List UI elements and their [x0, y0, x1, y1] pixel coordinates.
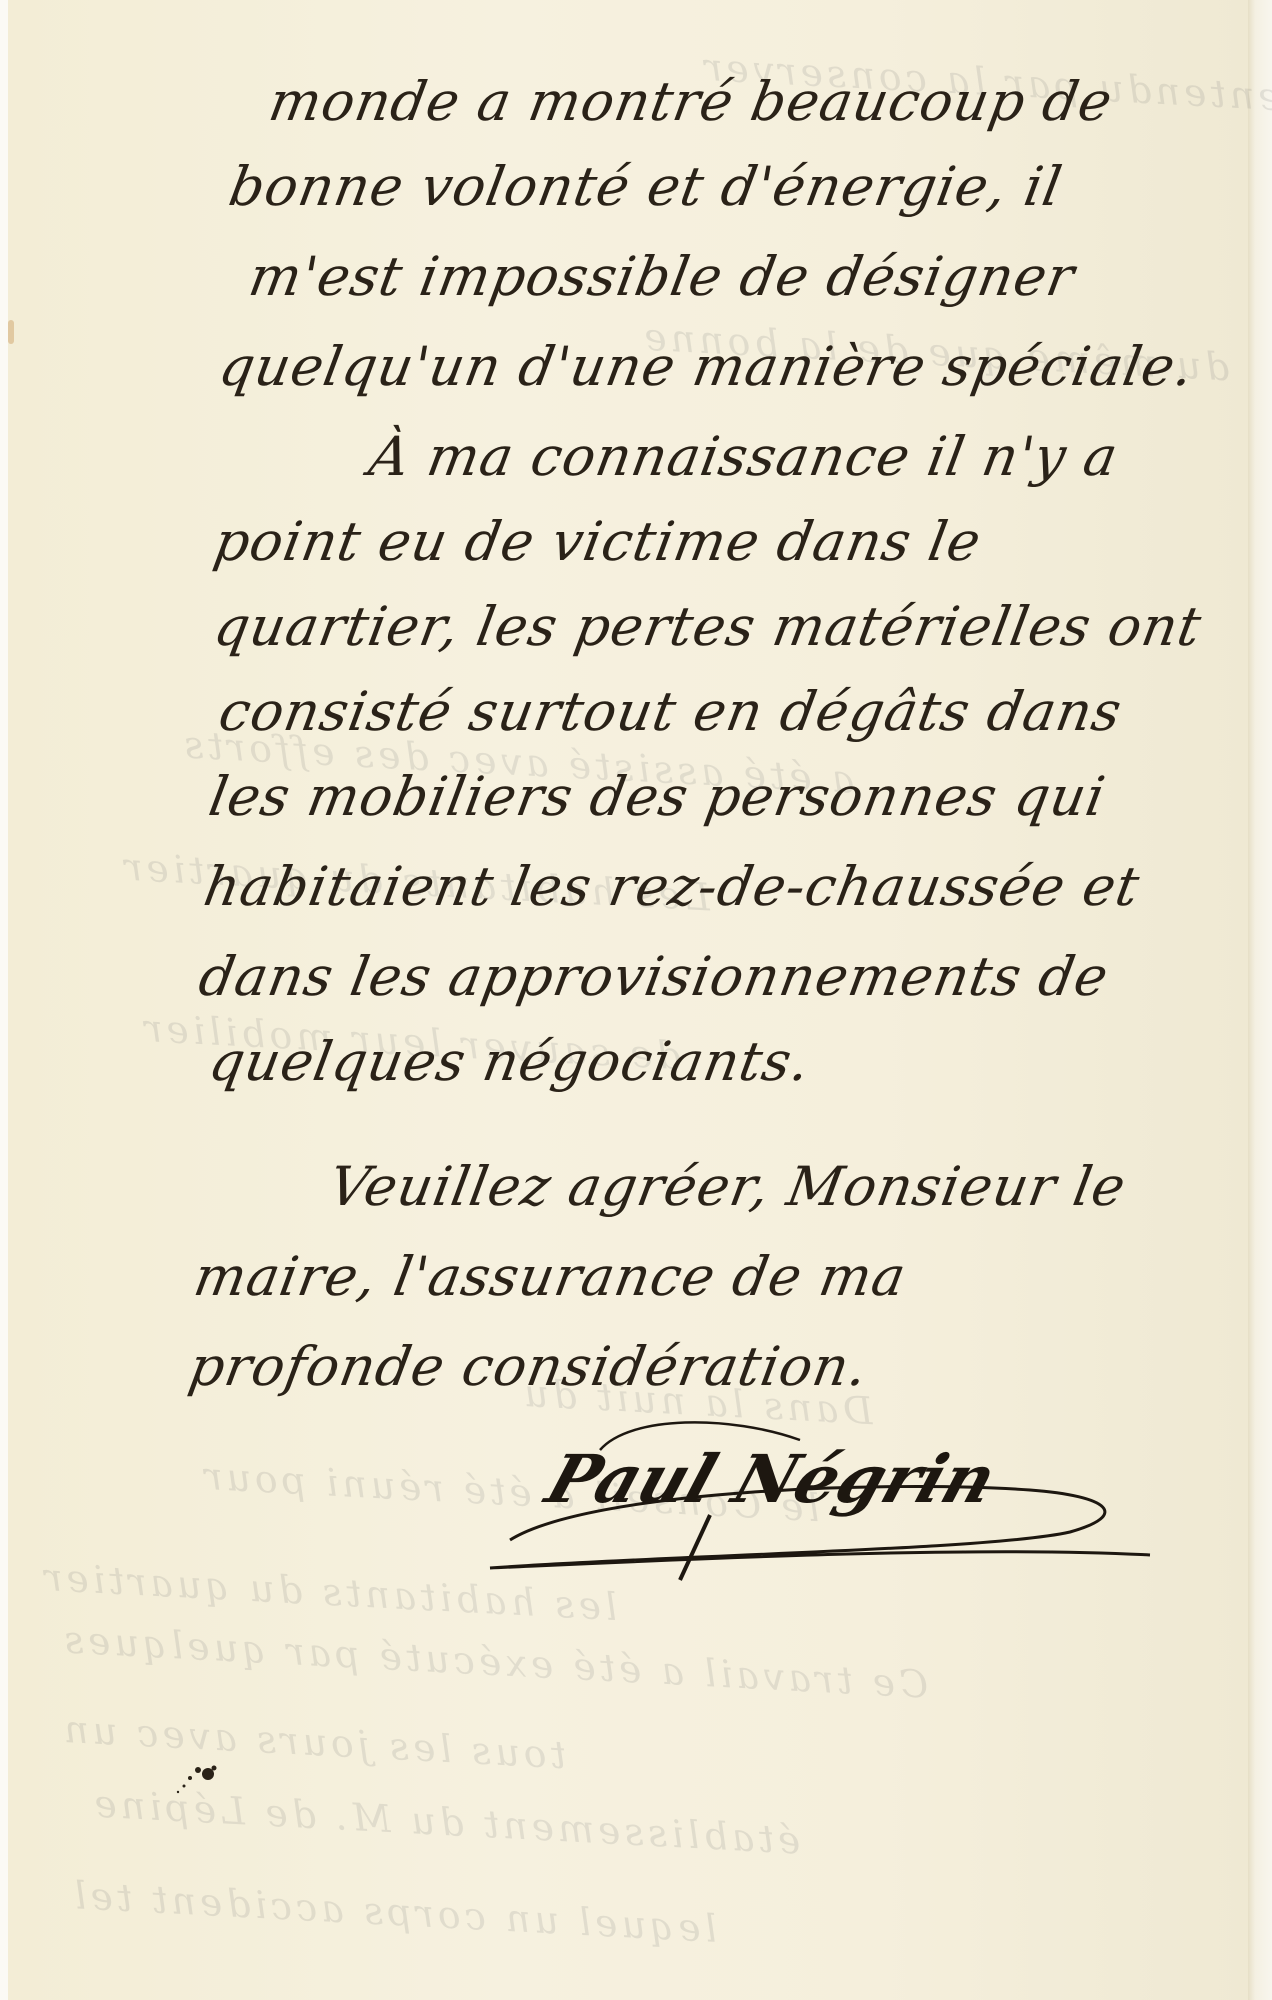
- closing-line: Veuillez agréer, Monsieur le: [324, 1155, 1130, 1218]
- scan-edge-left: [0, 0, 8, 2000]
- body-line: À ma connaissance il n'y a: [364, 425, 1123, 488]
- closing-line: profonde considération.: [184, 1335, 872, 1398]
- closing-line: maire, l'assurance de ma: [189, 1245, 911, 1308]
- signature: Paul Négrin: [470, 1420, 1190, 1590]
- paper-stain: [8, 320, 14, 344]
- body-line: habitaient les rez-de-chaussée et: [199, 855, 1144, 918]
- body-line: point eu de victime dans le: [209, 510, 986, 573]
- scan-edge-right: [1248, 0, 1272, 2000]
- body-line: bonne volonté et d'énergie, il: [224, 155, 1067, 218]
- signature-name: Paul Négrin: [537, 1440, 1005, 1518]
- body-line: les mobiliers des personnes qui: [204, 765, 1110, 828]
- body-line: m'est impossible de désigner: [244, 245, 1079, 308]
- body-line: monde a montré beaucoup de: [264, 70, 1117, 133]
- body-line: dans les approvisionnements de: [194, 945, 1113, 1008]
- ink-blot-icon: [170, 1760, 230, 1796]
- body-line: consisté surtout en dégâts dans: [214, 680, 1126, 743]
- body-line: quelques négociants.: [204, 1030, 815, 1093]
- body-line: quelqu'un d'une manière spéciale.: [214, 335, 1198, 398]
- body-line: quartier, les pertes matérielles ont: [209, 595, 1206, 658]
